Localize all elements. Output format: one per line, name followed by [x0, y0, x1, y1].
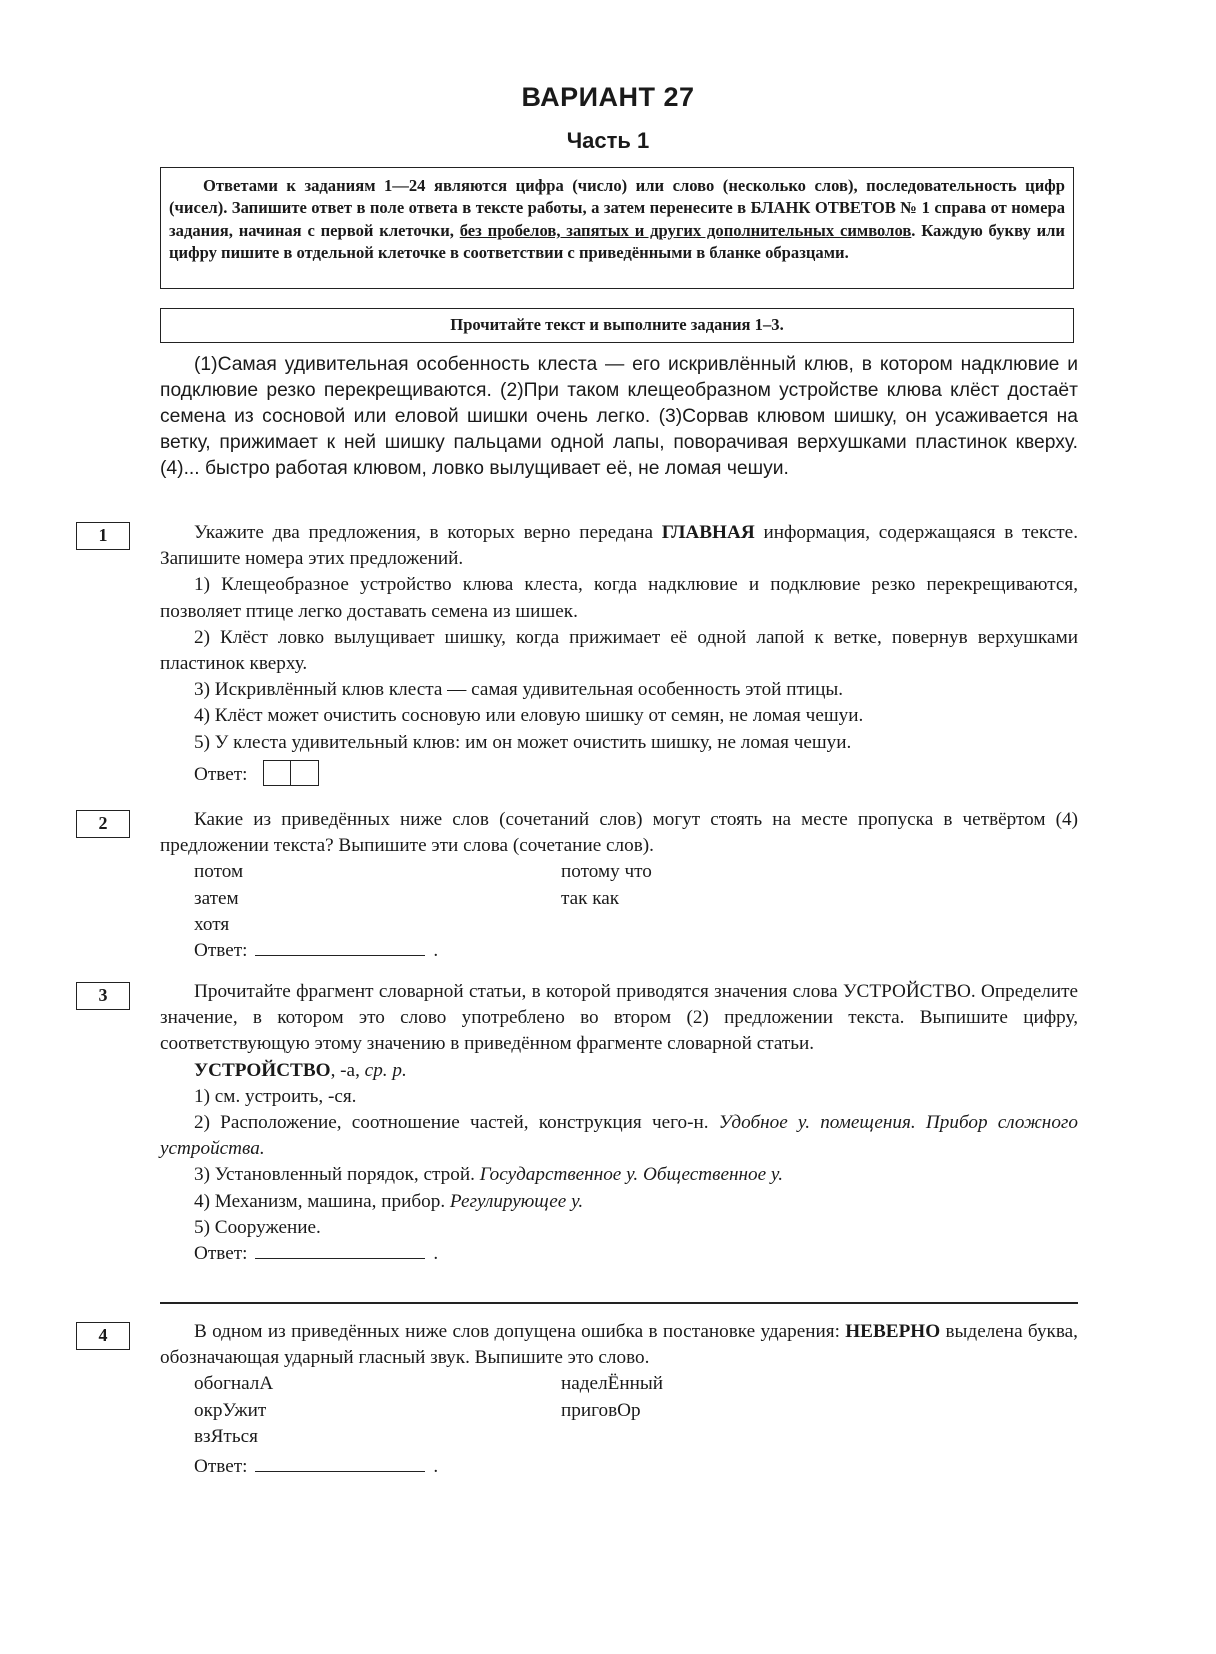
answer-label: Ответ:: [194, 1456, 247, 1477]
answer-label: Ответ:: [194, 764, 247, 785]
task-1: Укажите два предложения, в которых верно…: [160, 520, 1078, 788]
instructions-underlined: без пробелов, запятых и других дополните…: [460, 221, 912, 240]
task-4-emphasis: НЕВЕРНО: [845, 1321, 940, 1342]
task-4-answer-line[interactable]: [255, 1455, 425, 1472]
task-1-answer: Ответ:: [160, 762, 1078, 789]
section-divider: [160, 1302, 1078, 1304]
task-4-word-options: обогналА окрУжит взЯться наделЁнный приг…: [160, 1371, 1078, 1450]
task-2-prompt: Какие из приведённых ниже слов (сочетани…: [160, 807, 1078, 859]
task-3-prompt: Прочитайте фрагмент словарной статьи, в …: [160, 979, 1078, 1058]
task-2-word-options: потом затем хотя потому что так как: [160, 859, 1078, 938]
task-1-emphasis: ГЛАВНАЯ: [662, 522, 755, 543]
word-option: обогналА: [194, 1371, 561, 1397]
reading-passage: (1)Самая удивительная особенность клеста…: [160, 352, 1078, 482]
answer-cell[interactable]: [291, 760, 319, 786]
read-prompt-box: Прочитайте текст и выполните задания 1–3…: [160, 308, 1074, 343]
task-3: Прочитайте фрагмент словарной статьи, в …: [160, 979, 1078, 1267]
task-2-answer: Ответ:.: [160, 938, 1078, 964]
task-number-1: 1: [76, 522, 130, 550]
part-title: Часть 1: [0, 128, 1216, 154]
task-4-answer: Ответ:.: [160, 1454, 1078, 1480]
dictionary-headword: УСТРОЙСТВО: [194, 1060, 331, 1081]
word-option: наделЁнный: [561, 1371, 928, 1397]
task-1-option-5: 5) У клеста удивительный клюв: им он мож…: [160, 730, 1078, 756]
instructions-box: Ответами к заданиям 1—24 являются цифра …: [160, 167, 1074, 289]
meaning-2: 2) Расположение, соотношение частей, кон…: [160, 1110, 1078, 1162]
answer-label: Ответ:: [194, 1243, 247, 1264]
meaning-4: 4) Механизм, машина, прибор. Регулирующе…: [160, 1189, 1078, 1215]
instructions-text: Ответами к заданиям 1—24 являются цифра …: [169, 175, 1065, 265]
word-option: хотя: [194, 912, 561, 938]
meaning-1: 1) см. устроить, -ся.: [160, 1084, 1078, 1110]
task-number-4: 4: [76, 1322, 130, 1350]
word-option: потому что: [561, 859, 928, 885]
word-option: так как: [561, 886, 928, 912]
word-option: потом: [194, 859, 561, 885]
answer-label: Ответ:: [194, 940, 247, 961]
task-1-option-4: 4) Клёст может очистить сосновую или ело…: [160, 703, 1078, 729]
answer-cell[interactable]: [263, 760, 291, 786]
task-1-prompt: Укажите два предложения, в которых верно…: [160, 520, 1078, 572]
task-1-option-2: 2) Клёст ловко вылущивает шишку, когда п…: [160, 625, 1078, 677]
task-3-answer-line[interactable]: [255, 1242, 425, 1259]
task-2: Какие из приведённых ниже слов (сочетани…: [160, 807, 1078, 964]
word-option: затем: [194, 886, 561, 912]
task-2-answer-line[interactable]: [255, 939, 425, 956]
task-1-answer-cells[interactable]: [263, 760, 319, 786]
task-4-prompt: В одном из приведённых ниже слов допущен…: [160, 1319, 1078, 1371]
task-3-answer: Ответ:.: [160, 1241, 1078, 1267]
task-number-3: 3: [76, 982, 130, 1010]
task-1-option-1: 1) Клещеобразное устройство клюва клеста…: [160, 572, 1078, 624]
task-1-option-3: 3) Искривлённый клюв клеста — самая удив…: [160, 677, 1078, 703]
exam-page: ВАРИАНТ 27 Часть 1 Ответами к заданиям 1…: [0, 0, 1216, 1654]
passage-text: (1)Самая удивительная особенность клеста…: [160, 352, 1078, 482]
variant-title: ВАРИАНТ 27: [0, 82, 1216, 113]
meaning-5: 5) Сооружение.: [160, 1215, 1078, 1241]
word-option: приговОр: [561, 1398, 928, 1424]
dictionary-entry-heading: УСТРОЙСТВО, -а, ср. р.: [160, 1058, 1078, 1084]
task-4: В одном из приведённых ниже слов допущен…: [160, 1319, 1078, 1480]
meaning-3: 3) Установленный порядок, строй. Государ…: [160, 1162, 1078, 1188]
word-option: окрУжит: [194, 1398, 561, 1424]
word-option: взЯться: [194, 1424, 561, 1450]
task-number-2: 2: [76, 810, 130, 838]
